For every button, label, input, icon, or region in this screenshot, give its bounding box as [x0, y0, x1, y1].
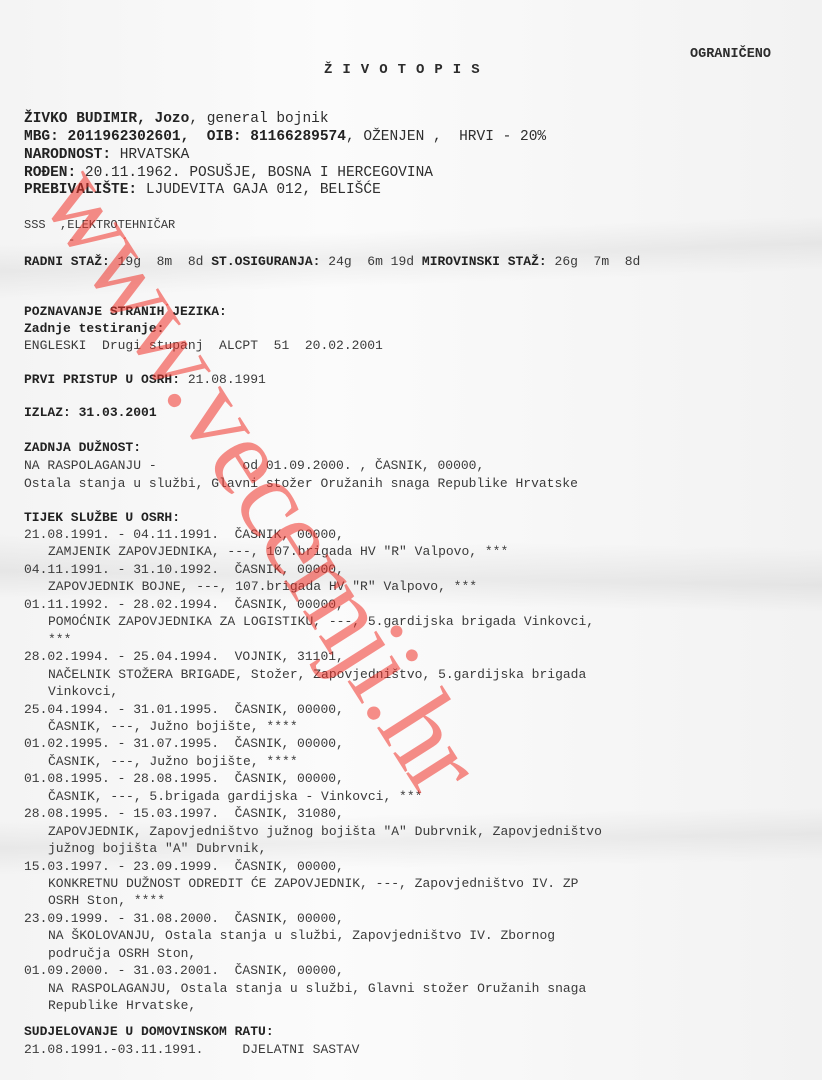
service-entry-detail: Republike Hrvatske,	[24, 998, 196, 1013]
document-title: ŽIVOTOPIS	[324, 63, 490, 78]
service-entry-period: 28.02.1994. - 25.04.1994. VOJNIK, 31101,	[24, 649, 344, 664]
education-dash: -	[68, 233, 75, 248]
service-entry-detail: Vinkovci,	[24, 684, 118, 699]
residence-line: PREBIVALIŠTE: LJUDEVITA GAJA 012, BELIŠĆ…	[24, 182, 381, 199]
last-duty-heading-text: ZADNJA DUŽNOST:	[24, 440, 141, 455]
classification-stamp: OGRANIČENO	[690, 47, 771, 62]
war-heading-text: SUDJELOVANJE U DOMOVINSKOM RATU:	[24, 1024, 274, 1039]
service-entry-detail: NA RASPOLAGANJU, Ostala stanja u službi,…	[24, 981, 586, 996]
service-entry-period: 01.11.1992. - 28.02.1994. ČASNIK, 00000,	[24, 597, 344, 612]
service-history-heading: TIJEK SLUŽBE U OSRH:	[24, 510, 180, 525]
exit-text: IZLAZ: 31.03.2001	[24, 405, 157, 420]
service-entry-detail: ČASNIK, ---, Južno bojište, ****	[24, 754, 298, 769]
service-entry-period: 01.02.1995. - 31.07.1995. ČASNIK, 00000,	[24, 736, 344, 751]
service-entry-detail: južnog bojišta "A" Dubrvnik,	[24, 841, 266, 856]
war-heading: SUDJELOVANJE U DOMOVINSKOM RATU:	[24, 1024, 274, 1039]
last-duty-line-1: NA RASPOLAGANJU - od 01.09.2000. , ČASNI…	[24, 458, 484, 473]
first-access-value: 21.08.1991	[180, 372, 266, 387]
language-entry: ENGLESKI Drugi stupanj ALCPT 51 20.02.20…	[24, 338, 383, 353]
languages-subheading-text: Zadnje testiranje:	[24, 321, 164, 336]
service-entry-detail: ZAMJENIK ZAPOVJEDNIKA, ---, 107.brigada …	[24, 544, 508, 559]
service-entry-detail: ZAPOVJEDNIK BOJNE, ---, 107.brigada HV "…	[24, 579, 477, 594]
rank: , general bojnik	[189, 111, 328, 127]
nationality-value: HRVATSKA	[111, 147, 189, 163]
languages-subheading: Zadnje testiranje:	[24, 321, 164, 336]
oib: OIB: 81166289574	[207, 129, 346, 145]
last-duty-heading: ZADNJA DUŽNOST:	[24, 440, 141, 455]
birth-line: ROĐEN: 20.11.1962. POSUŠJE, BOSNA I HERC…	[24, 165, 433, 182]
service-entry-detail: ***	[24, 632, 71, 647]
id-line: MBG: 2011962302601, OIB: 81166289574, OŽ…	[24, 129, 546, 146]
service-entry-period: 23.09.1999. - 31.08.2000. ČASNIK, 00000,	[24, 911, 344, 926]
languages-heading: POZNAVANJE STRANIH JEZIKA:	[24, 304, 227, 319]
last-duty-line-2: Ostala stanja u službi, Glavni stožer Or…	[24, 476, 578, 491]
war-entry: 21.08.1991.-03.11.1991. DJELATNI SASTAV	[24, 1042, 359, 1057]
service-entry-detail: OSRH Ston, ****	[24, 893, 165, 908]
mirovinski-value: 26g 7m 8d	[547, 254, 641, 269]
birth-label: ROĐEN:	[24, 165, 76, 181]
service-entry-period: 25.04.1994. - 31.01.1995. ČASNIK, 00000,	[24, 702, 344, 717]
residence-value: LJUDEVITA GAJA 012, BELIŠĆE	[137, 182, 381, 198]
nationality-line: NARODNOST: HRVATSKA	[24, 147, 189, 164]
service-entry-period: 15.03.1997. - 23.09.1999. ČASNIK, 00000,	[24, 859, 344, 874]
service-entry-detail: ČASNIK, ---, Južno bojište, ****	[24, 719, 298, 734]
service-entry-detail: POMOĆNIK ZAPOVJEDNIKA ZA LOGISTIKU, ---,…	[24, 614, 594, 629]
birth-value: 20.11.1962. POSUŠJE, BOSNA I HERCEGOVINA	[76, 165, 433, 181]
name-line: ŽIVKO BUDIMIR, Jozo, general bojnik	[24, 111, 329, 128]
exit-line: IZLAZ: 31.03.2001	[24, 405, 157, 420]
service-entry-detail: NA ŠKOLOVANJU, Ostala stanja u službi, Z…	[24, 928, 555, 943]
languages-heading-text: POZNAVANJE STRANIH JEZIKA:	[24, 304, 227, 319]
education-line: SSS ,ELEKTROTEHNIČAR	[24, 218, 175, 233]
osiguranje-value: 24g 6m 19d	[320, 254, 421, 269]
service-entry-period: 21.08.1991. - 04.11.1991. ČASNIK, 00000,	[24, 527, 344, 542]
service-entry-detail: ČASNIK, ---, 5.brigada gardijska - Vinko…	[24, 789, 422, 804]
service-entry-period: 04.11.1991. - 31.10.1992. ČASNIK, 00000,	[24, 562, 344, 577]
mbg: MBG: 2011962302601,	[24, 129, 189, 145]
service-entry-period: 01.08.1995. - 28.08.1995. ČASNIK, 00000,	[24, 771, 344, 786]
service-entry-period: 28.08.1995. - 15.03.1997. ČASNIK, 31080,	[24, 806, 344, 821]
first-access-label: PRVI PRISTUP U OSRH:	[24, 372, 180, 387]
nationality-label: NARODNOST:	[24, 147, 111, 163]
service-length-line: RADNI STAŽ: 19g 8m 8d ST.OSIGURANJA: 24g…	[24, 254, 640, 269]
service-entry-detail: ZAPOVJEDNIK, Zapovjedništvo južnog bojiš…	[24, 824, 602, 839]
service-entry-period: 01.09.2000. - 31.03.2001. ČASNIK, 00000,	[24, 963, 344, 978]
first-access-line: PRVI PRISTUP U OSRH: 21.08.1991	[24, 372, 266, 387]
radni-staz-label: RADNI STAŽ:	[24, 254, 110, 269]
service-entry-detail: područja OSRH Ston,	[24, 946, 196, 961]
mirovinski-label: MIROVINSKI STAŽ:	[422, 254, 547, 269]
service-entry-detail: NAČELNIK STOŽERA BRIGADE, Stožer, Zapovj…	[24, 667, 586, 682]
service-history-heading-text: TIJEK SLUŽBE U OSRH:	[24, 510, 180, 525]
marital-hrvi: , OŽENJEN , HRVI - 20%	[346, 129, 546, 145]
residence-label: PREBIVALIŠTE:	[24, 182, 137, 198]
osiguranje-label: ST.OSIGURANJA:	[211, 254, 320, 269]
full-name: ŽIVKO BUDIMIR, Jozo	[24, 111, 189, 127]
service-entry-detail: KONKRETNU DUŽNOST ODREDIT ĆE ZAPOVJEDNIK…	[24, 876, 579, 891]
radni-staz-value: 19g 8m 8d	[110, 254, 211, 269]
